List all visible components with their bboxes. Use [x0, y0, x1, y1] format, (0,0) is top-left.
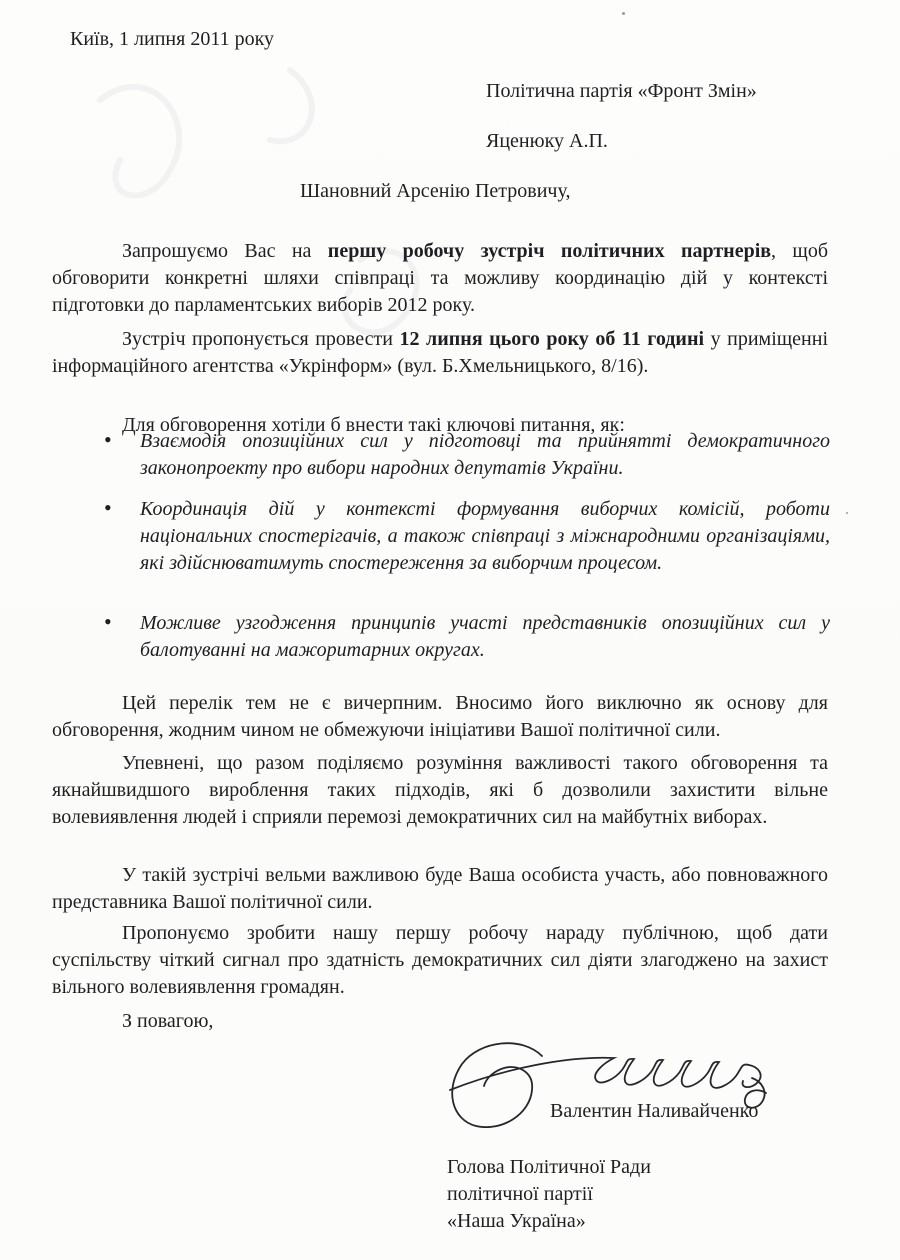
list-item-text: Взаємодія опозиційних сил у підготовці т… [140, 428, 830, 482]
paragraph-meeting-details: Зустріч пропонується провести 12 липня ц… [52, 326, 828, 380]
scanned-letter-page: Київ, 1 липня 2011 року Політична партія… [0, 0, 900, 1260]
list-item-text: Координація дій у контексті формування в… [140, 496, 830, 577]
paragraph-participation: У такій зустрічі вельми важливою буде Ва… [52, 862, 828, 916]
paragraph-topics-note: Цей перелік тем не є вичерпним. Вносимо … [52, 690, 828, 744]
list-item-text: Можливе узгодження принципів участі пред… [140, 610, 830, 664]
recipient-person: Яценюку А.П. [486, 128, 608, 155]
bullet-icon: • [104, 608, 112, 635]
dateline: Київ, 1 липня 2011 року [70, 26, 274, 53]
bullet-icon: • [104, 494, 112, 521]
signatory-name: Валентин Наливайченко [550, 1098, 758, 1125]
salutation: Шановний Арсенію Петровичу, [300, 178, 570, 205]
closing-salutation: З повагою, [122, 1008, 213, 1035]
list-item: • Координація дій у контексті формування… [52, 496, 830, 577]
scan-speck [846, 512, 848, 514]
recipient-organization: Політична партія «Фронт Змін» [486, 78, 757, 105]
bullet-icon: • [104, 426, 112, 453]
paragraph-text: Запрошуємо Вас на [122, 240, 328, 262]
scan-speck [622, 12, 625, 15]
list-item: • Взаємодія опозиційних сил у підготовці… [52, 428, 830, 482]
paragraph-confidence: Упевнені, що разом поділяємо розуміння в… [52, 750, 828, 831]
paragraph-bold-text: першу робочу зустріч політичних партнері… [328, 240, 771, 262]
signatory-title: Голова Політичної Ради політичної партії… [447, 1154, 651, 1235]
paragraph-public-meeting: Пропонуємо зробити нашу першу робочу нар… [52, 920, 828, 1001]
paragraph-bold-text: 12 липня цього року об 11 годині [399, 328, 704, 350]
list-item: • Можливе узгодження принципів участі пр… [52, 610, 830, 664]
paragraph-text: Зустріч пропонується провести [122, 328, 399, 350]
paragraph-invitation: Запрошуємо Вас на першу робочу зустріч п… [52, 238, 828, 319]
